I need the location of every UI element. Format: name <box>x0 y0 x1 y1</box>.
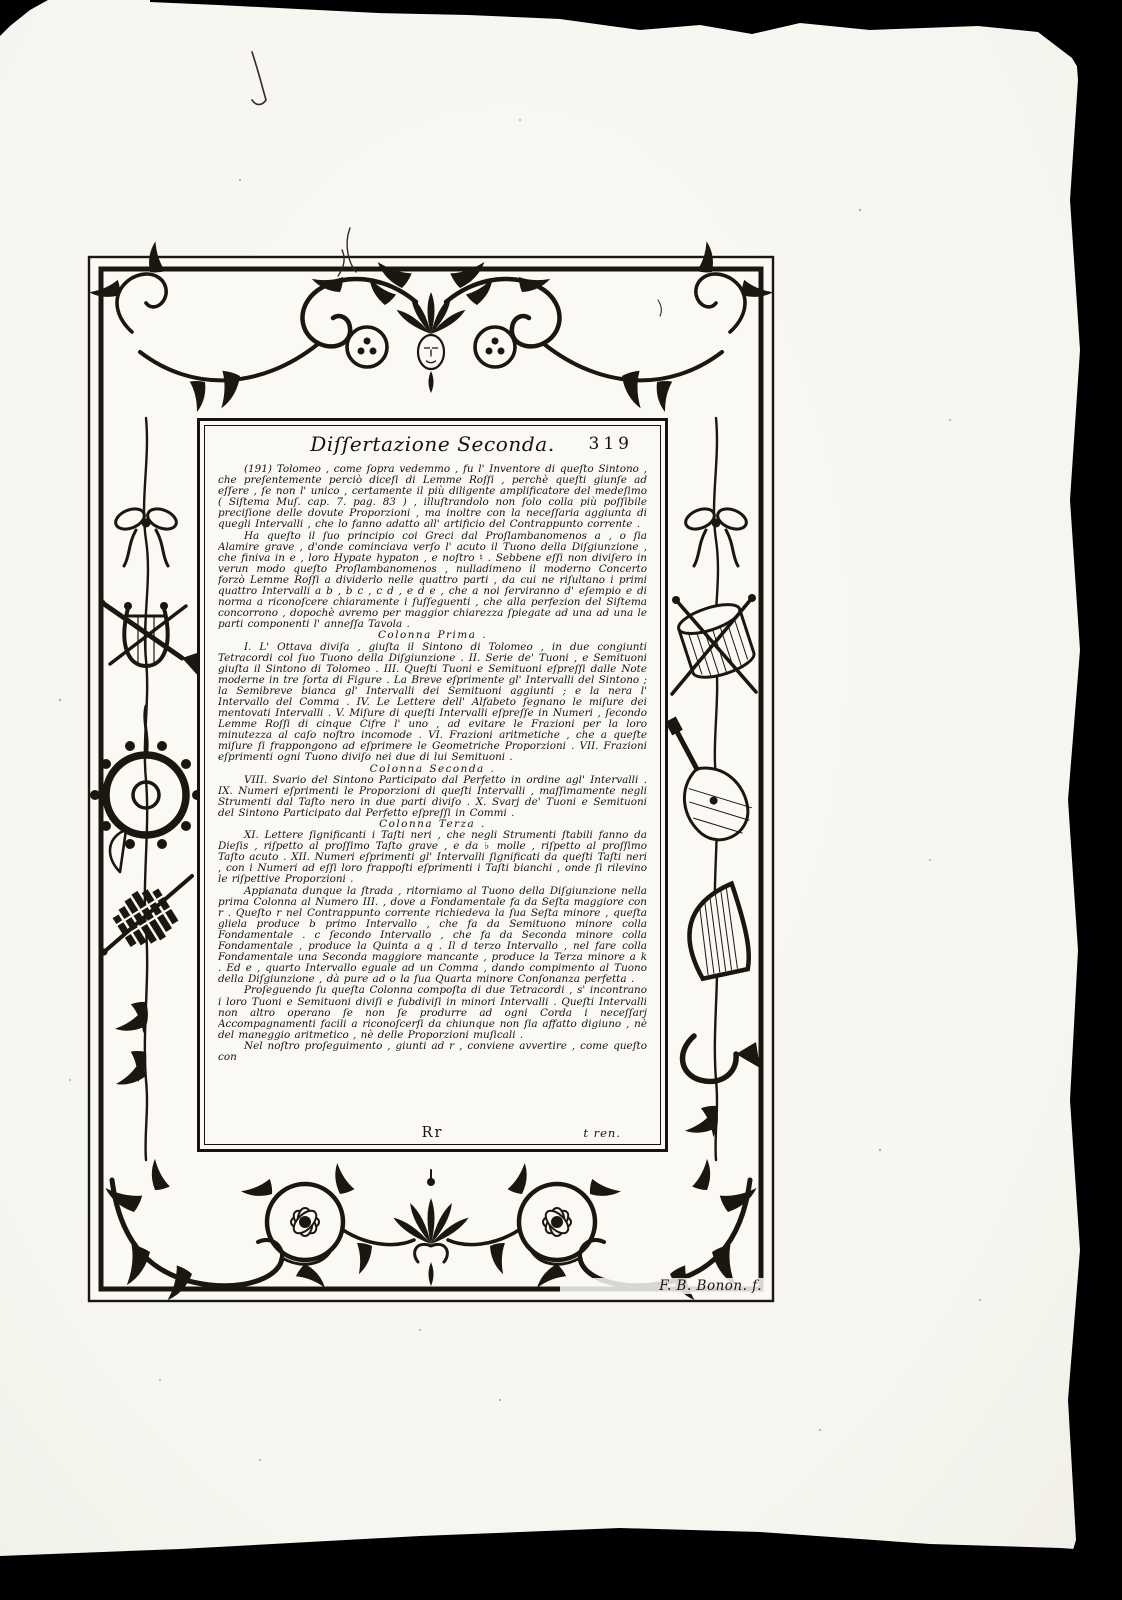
text-panel: Diſſertazione Seconda. 319 (191) Tolomeo… <box>197 418 668 1152</box>
catchword: t ren. <box>583 1126 621 1140</box>
left-border-instruments <box>90 418 206 1160</box>
column-heading: Colonna Seconda . <box>218 764 647 775</box>
top-border-ornament <box>89 241 773 412</box>
body-paragraph: I. L' Ottava diviſa , giuſta il Sintono … <box>218 642 647 764</box>
body-text: (191) Tolomeo , come ſopra vedemmo , fu … <box>218 464 647 1124</box>
body-paragraph: Nel noſtro proſeguimento , giunti ad r ,… <box>218 1041 647 1063</box>
column-heading: Colonna Prima . <box>218 630 647 641</box>
page-number: 319 <box>589 434 633 454</box>
catch-line: Rr t ren. <box>218 1125 647 1141</box>
gathering-signature: Rr <box>422 1125 444 1141</box>
body-paragraph: Proſeguendo ſu queſta Colonna compoſta d… <box>218 985 647 1040</box>
body-paragraph: Ha queſto il ſuo principio coi Greci dal… <box>218 531 647 631</box>
scanned-book-page: Diſſertazione Seconda. 319 (191) Tolomeo… <box>0 0 1122 1600</box>
page-header: Diſſertazione Seconda. 319 <box>218 432 647 462</box>
text-panel-inner-rule: Diſſertazione Seconda. 319 (191) Tolomeo… <box>204 425 661 1145</box>
engraver-signature: F. B. Bonon. f. <box>560 1278 764 1294</box>
page-title: Diſſertazione Seconda. <box>310 432 555 456</box>
body-paragraph: VIII. Svario del Sintono Participato dal… <box>218 775 647 819</box>
body-paragraph: (191) Tolomeo , come ſopra vedemmo , fu … <box>218 464 647 531</box>
body-paragraph: Appianata dunque la ſtrada , ritorniamo … <box>218 886 647 986</box>
body-paragraph: XI. Lettere ſignificanti i Taſti neri , … <box>218 830 647 885</box>
